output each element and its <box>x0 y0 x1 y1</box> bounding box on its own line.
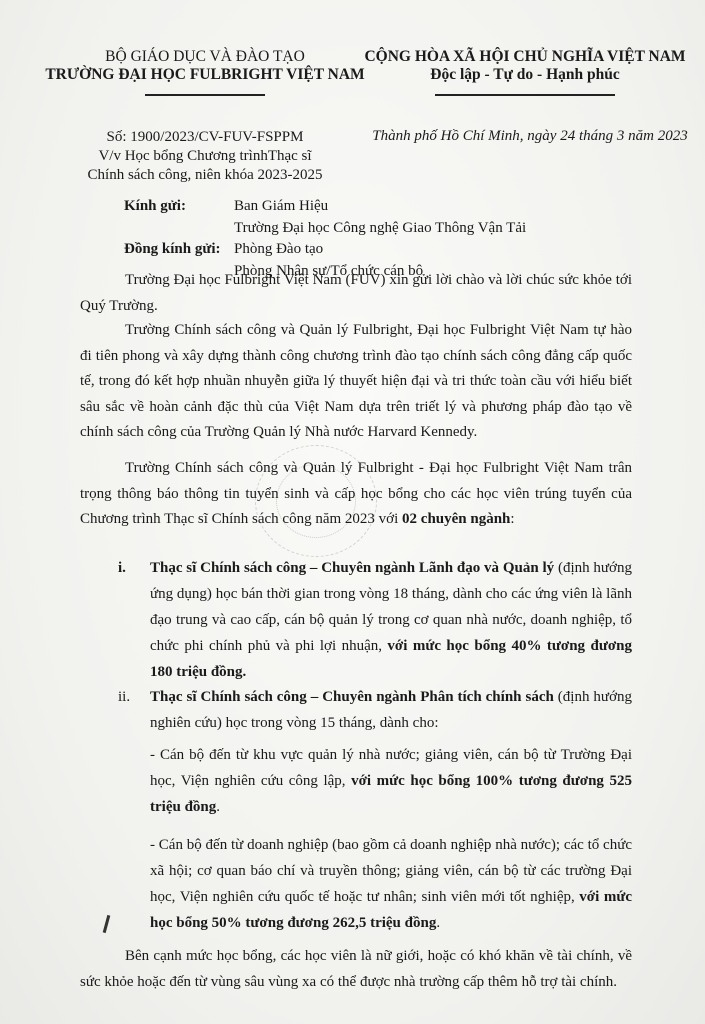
to-label: Kính gửi: <box>124 196 234 218</box>
greeting-paragraph: Trường Đại học Fulbright Việt Nam (FUV) … <box>80 268 632 319</box>
subject-line-1: V/v Học bổng Chương trìnhThạc sĩ <box>40 147 370 166</box>
university-name: TRƯỜNG ĐẠI HỌC FULBRIGHT VIỆT NAM <box>40 66 370 84</box>
intro-paragraph: Trường Chính sách công và Quản lý Fulbri… <box>80 318 632 446</box>
recipient: Trường Đại học Công nghệ Giao Thông Vận … <box>234 218 526 240</box>
program-title: Thạc sĩ Chính sách công – Chuyên ngành L… <box>150 560 554 576</box>
program-title: Thạc sĩ Chính sách công – Chuyên ngành P… <box>150 689 554 705</box>
program-leadership: Thạc sĩ Chính sách công – Chuyên ngành L… <box>150 555 632 685</box>
issuer-header: BỘ GIÁO DỤC VÀ ĐÀO TẠO TRƯỜNG ĐẠI HỌC FU… <box>40 48 370 96</box>
program-policy-analysis: Thạc sĩ Chính sách công – Chuyên ngành P… <box>150 684 632 736</box>
document-reference: Số: 1900/2023/CV-FUV-FSPPM V/v Học bổng … <box>40 128 370 185</box>
eligibility-group-public: - Cán bộ đến từ khu vực quản lý nhà nước… <box>150 742 632 820</box>
national-motto: Độc lập - Tự do - Hạnh phúc <box>360 66 690 84</box>
closing-paragraph: Bên cạnh mức học bổng, các học viên là n… <box>80 944 632 995</box>
subject-line-2: Chính sách công, niên khóa 2023-2025 <box>40 166 370 185</box>
recipient: Ban Giám Hiệu <box>234 196 328 218</box>
national-header: CỘNG HÒA XÃ HỘI CHỦ NGHĨA VIỆT NAM Độc l… <box>360 48 690 96</box>
pen-mark <box>103 915 111 933</box>
ministry-name: BỘ GIÁO DỤC VÀ ĐÀO TẠO <box>40 48 370 66</box>
country-name: CỘNG HÒA XÃ HỘI CHỦ NGHĨA VIỆT NAM <box>360 48 690 66</box>
cc-label: Đồng kính gửi: <box>124 239 234 261</box>
specialization-count: 02 chuyên ngành <box>402 511 510 527</box>
eligibility-group-private: - Cán bộ đến từ doanh nghiệp (bao gồm cả… <box>150 832 632 936</box>
announcement-paragraph: Trường Chính sách công và Quản lý Fulbri… <box>80 456 632 533</box>
cc-recipient: Phòng Đào tạo <box>234 239 323 261</box>
header-divider-left <box>145 94 265 96</box>
document-page: BỘ GIÁO DỤC VÀ ĐÀO TẠO TRƯỜNG ĐẠI HỌC FU… <box>0 0 705 1024</box>
date-line: Thành phố Hồ Chí Minh, ngày 24 tháng 3 n… <box>360 128 700 145</box>
header-divider-right <box>435 94 615 96</box>
document-number: Số: 1900/2023/CV-FUV-FSPPM <box>40 128 370 147</box>
